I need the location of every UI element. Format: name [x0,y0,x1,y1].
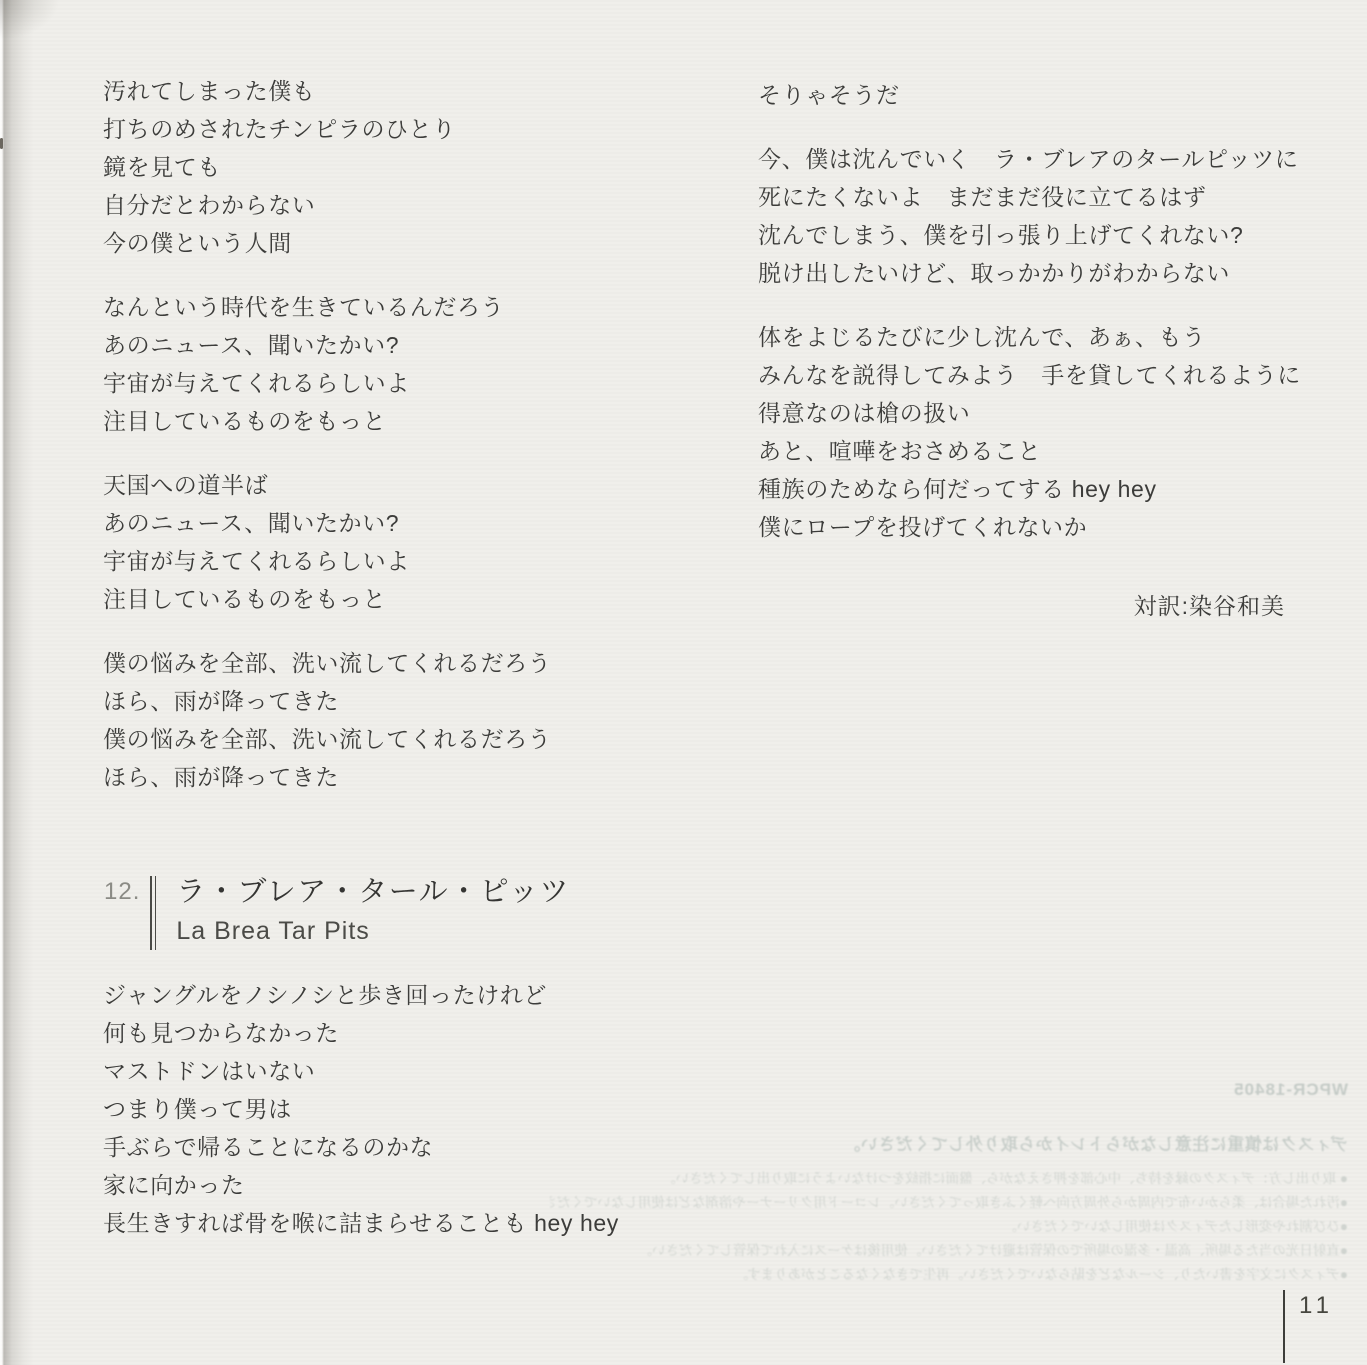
lyric-line: 沈んでしまう、僕を引っ張り上げてくれない? [758,216,1358,254]
booklet-page: 汚れてしまった僕も打ちのめされたチンピラのひとり鏡を見ても自分だとわからない今の… [0,0,1367,1365]
lyric-line: なんという時代を生きているんだろう [103,288,693,326]
lyric-line: 僕の悩みを全部、洗い流してくれるだろう [103,720,693,758]
lyric-stanza: ジャングルをノシノシと歩き回ったけれど何も見つからなかったマストドンはいないつま… [103,976,723,1242]
lyric-stanza: 天国への道半ばあのニュース、聞いたかい?宇宙が与えてくれるらしいよ注目しているも… [103,466,693,618]
lyric-line: 鏡を見ても [103,148,693,186]
page-number: 11 [1299,1292,1334,1320]
lyric-stanza: 僕の悩みを全部、洗い流してくれるだろうほら、雨が降ってきた僕の悩みを全部、洗い流… [103,644,693,796]
translation-credit: 対訳:染谷和美 [1134,588,1285,621]
lyric-line: 体をよじるたびに少し沈んで、あぁ、もう [758,318,1358,356]
lyric-line: マストドンはいない [103,1052,723,1090]
lyrics-column-track12: ジャングルをノシノシと歩き回ったけれど何も見つからなかったマストドンはいないつま… [103,976,723,1268]
lyric-line: あと、喧嘩をおさめること [758,432,1358,470]
lyric-line: 自分だとわからない [103,186,693,224]
lyric-line: 宇宙が与えてくれるらしいよ [103,542,693,580]
lyric-line: 注目しているものをもっと [103,580,693,618]
lyric-line: 僕の悩みを全部、洗い流してくれるだろう [103,644,693,682]
track-titles: ラ・ブレア・タール・ピッツ La Brea Tar Pits [176,874,570,948]
lyric-line: 宇宙が与えてくれるらしいよ [103,364,693,402]
lyric-line: 今の僕という人間 [103,224,693,262]
track-title-divider-bars [150,876,156,950]
lyrics-column-left: 汚れてしまった僕も打ちのめされたチンピラのひとり鏡を見ても自分だとわからない今の… [103,72,693,822]
lyric-line: あのニュース、聞いたかい? [103,504,693,542]
lyric-line: 長生きすれば骨を喉に詰まらせることも hey hey [103,1204,723,1242]
lyric-stanza: 今、僕は沈んでいく ラ・ブレアのタールピッツに死にたくないよ まだまだ役に立てる… [758,140,1358,292]
lyric-line: あのニュース、聞いたかい? [103,326,693,364]
track-title-japanese: ラ・ブレア・タール・ピッツ [176,874,570,910]
lyric-stanza: そりゃそうだ [758,76,1358,114]
lyric-line: みんなを説得してみよう 手を貸してくれるように [758,356,1358,394]
lyric-stanza: なんという時代を生きているんだろうあのニュース、聞いたかい?宇宙が与えてくれるら… [103,288,693,440]
lyric-line: そりゃそうだ [758,76,1358,114]
track-title-english: La Brea Tar Pits [176,914,570,948]
lyric-stanza: 汚れてしまった僕も打ちのめされたチンピラのひとり鏡を見ても自分だとわからない今の… [103,72,693,262]
page-number-rule [1283,1290,1285,1363]
lyric-line: 注目しているものをもっと [103,402,693,440]
lyric-line: 手ぶらで帰ることになるのかな [103,1128,723,1166]
lyrics-column-right: そりゃそうだ今、僕は沈んでいく ラ・ブレアのタールピッツに死にたくないよ まだま… [758,76,1358,572]
lyric-line: ほら、雨が降ってきた [103,758,693,796]
lyric-line: 今、僕は沈んでいく ラ・ブレアのタールピッツに [758,140,1358,178]
lyric-line: 得意なのは槍の扱い [758,394,1358,432]
lyric-line: つまり僕って男は [103,1090,723,1128]
track-number: 12. [104,878,140,906]
scan-artifact [0,138,3,149]
lyric-line: 僕にロープを投げてくれないか [758,508,1358,546]
lyric-line: ほら、雨が降ってきた [103,682,693,720]
scan-corner-shade [0,0,60,40]
lyric-line: 汚れてしまった僕も [103,72,693,110]
lyric-line: 脱け出したいけど、取っかかりがわからない [758,254,1358,292]
lyric-line: 種族のためなら何だってする hey hey [758,470,1358,508]
lyric-line: 何も見つからなかった [103,1014,723,1052]
lyric-line: 打ちのめされたチンピラのひとり [103,110,693,148]
lyric-stanza: 体をよじるたびに少し沈んで、あぁ、もうみんなを説得してみよう 手を貸してくれるよ… [758,318,1358,546]
lyric-line: 家に向かった [103,1166,723,1204]
lyric-line: ジャングルをノシノシと歩き回ったけれど [103,976,723,1014]
lyric-line: 天国への道半ば [103,466,693,504]
scan-edge-shadow [0,0,34,1365]
lyric-line: 死にたくないよ まだまだ役に立てるはず [758,178,1358,216]
track-heading: 12. ラ・ブレア・タール・ピッツ La Brea Tar Pits [104,874,570,950]
